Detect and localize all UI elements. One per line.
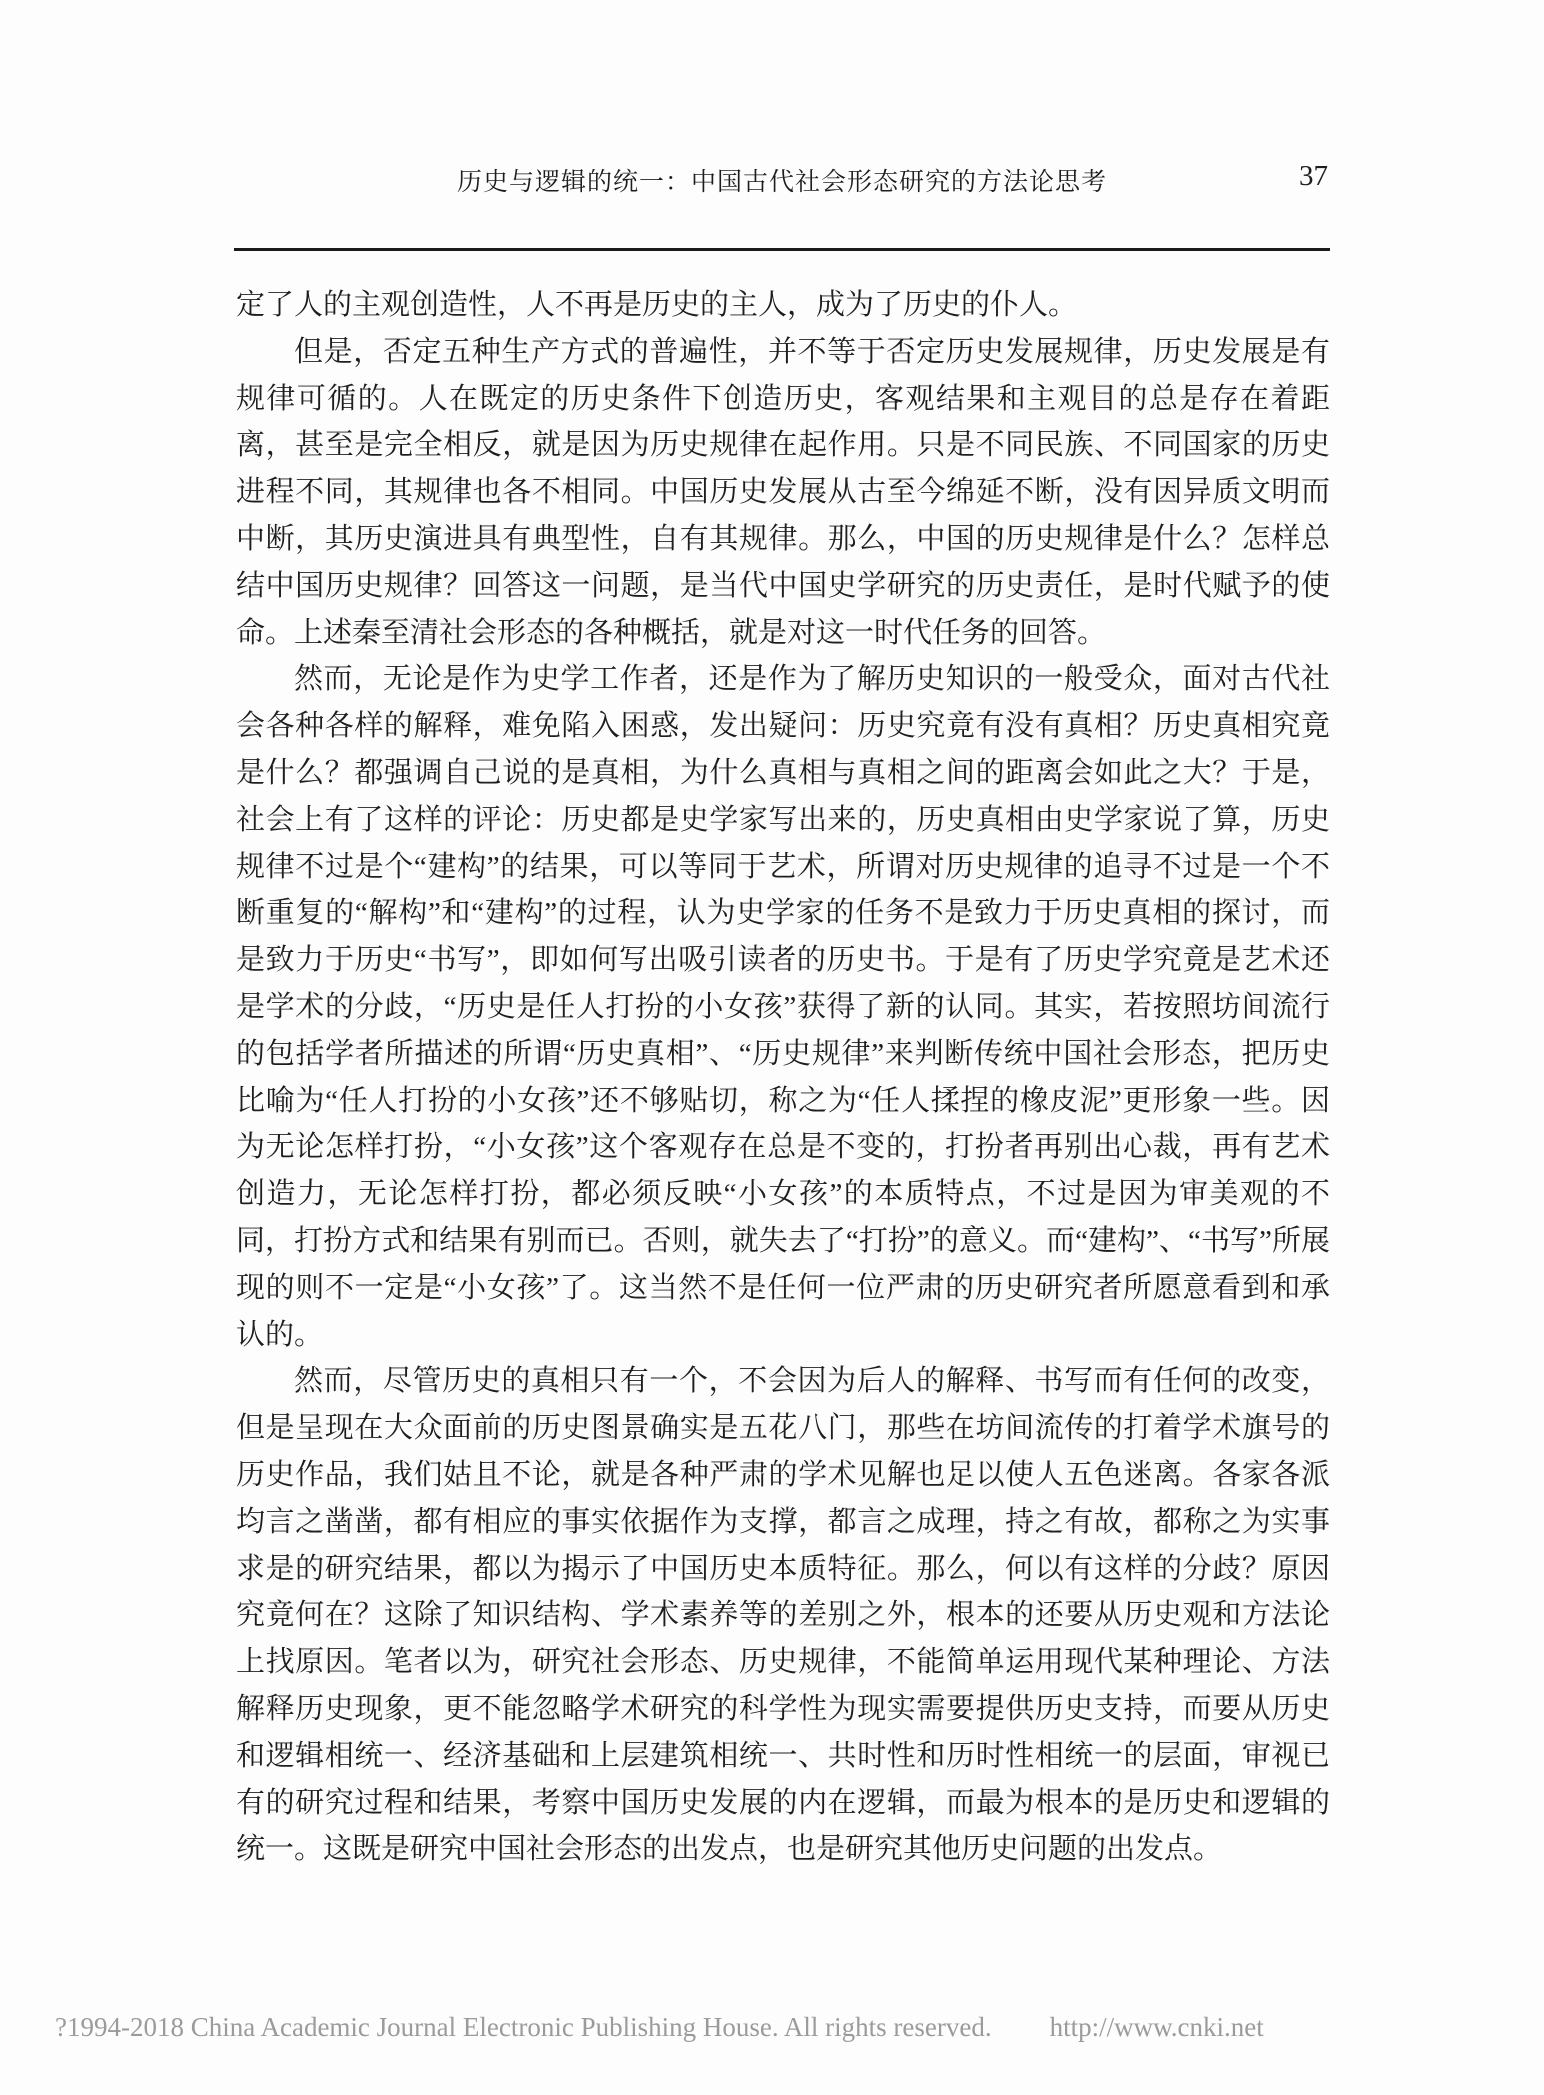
running-header: 历史与逻辑的统一：中国古代社会形态研究的方法论思考 37 (234, 160, 1330, 200)
article-body: 定了人的主观创造性，人不再是历史的主人，成为了历史的仆人。但是，否定五种生产方式… (236, 282, 1330, 1873)
paragraph: 但是，否定五种生产方式的普遍性，并不等于否定历史发展规律，历史发展是有规律可循的… (236, 329, 1330, 657)
scanned-paper-page: 历史与逻辑的统一：中国古代社会形态研究的方法论思考 37 定了人的主观创造性，人… (0, 0, 1544, 2095)
footer-copyright: ?1994-2018 China Academic Journal Electr… (55, 2012, 992, 2042)
running-title: 历史与逻辑的统一：中国古代社会形态研究的方法论思考 (234, 162, 1330, 198)
paragraph: 定了人的主观创造性，人不再是历史的主人，成为了历史的仆人。 (236, 282, 1330, 329)
page-footer: ?1994-2018 China Academic Journal Electr… (55, 2012, 1495, 2043)
paragraph: 然而，尽管历史的真相只有一个，不会因为后人的解释、书写而有任何的改变，但是呈现在… (236, 1358, 1330, 1873)
paragraph: 然而，无论是作为史学工作者，还是作为了解历史知识的一般受众，面对古代社会各种各样… (236, 656, 1330, 1358)
header-rule (234, 248, 1330, 251)
footer-url: http://www.cnki.net (1050, 2012, 1264, 2043)
page-number: 37 (1299, 160, 1328, 193)
